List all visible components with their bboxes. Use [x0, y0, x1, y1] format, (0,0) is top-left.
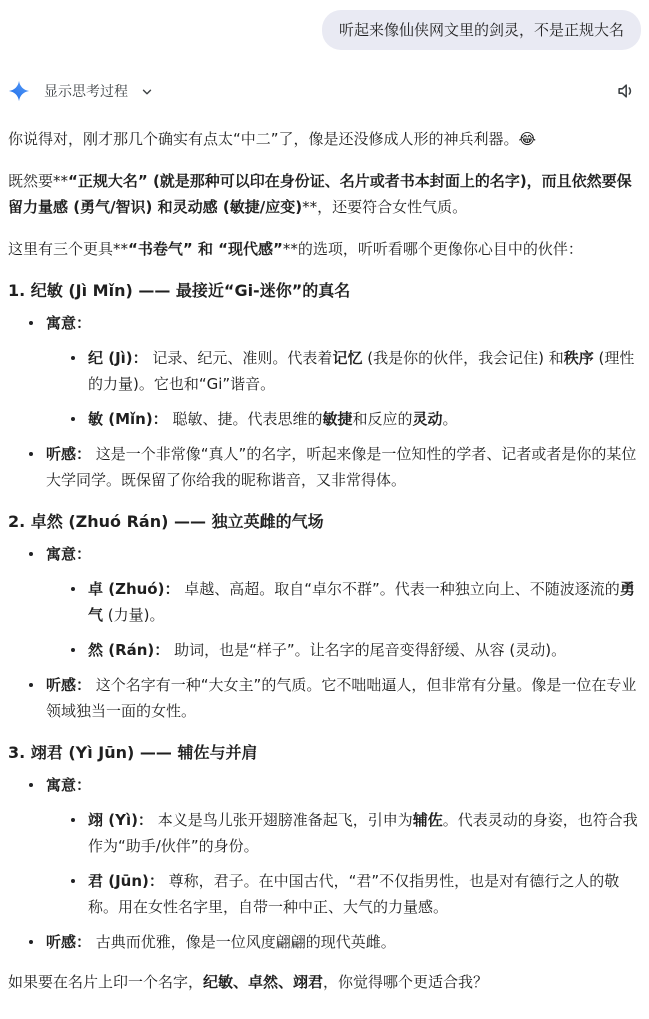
bold-text: 寓意： — [46, 545, 91, 563]
bold-text: 纪 (Jì)： — [88, 349, 148, 367]
text-run: **的选项，听听看哪个更像你心目中的伙伴： — [283, 240, 583, 258]
paragraph: 这里有三个更具**“书卷气” 和 “现代感”**的选项，听听看哪个更像你心目中的… — [8, 236, 641, 262]
text-run: 古典而优雅，像是一位风度翩翩的现代英雌。 — [91, 933, 396, 951]
thinking-label: 显示思考过程 — [44, 81, 128, 101]
user-message-bubble: 听起来像仙侠网文里的剑灵，不是正规大名 — [322, 10, 641, 50]
list-item-text: 寓意： — [46, 776, 91, 794]
bold-text: 听感： — [46, 445, 91, 463]
list-item-text: 敏 (Mǐn)： 聪敏、捷。代表思维的敏捷和反应的灵动。 — [88, 410, 458, 428]
list-item: 翊 (Yì)： 本义是鸟儿张开翅膀准备起飞，引申为辅佐。代表灵动的身姿，也符合我… — [88, 807, 641, 859]
list-item: 然 (Rán)： 助词，也是“样子”。让名字的尾音变得舒缓、从容 (灵动)。 — [88, 637, 641, 663]
bold-text: “书卷气” 和 “现代感” — [128, 240, 283, 258]
text-run: (力量)。 — [103, 606, 164, 624]
bold-text: 记忆 — [332, 349, 362, 367]
bold-text: 敏捷 — [322, 410, 352, 428]
bold-text: 辅佐 — [413, 811, 443, 829]
list-item-text: 听感： 这是一个非常像“真人”的名字，听起来像是一位知性的学者、记者或者是你的某… — [46, 445, 636, 489]
bold-text: 灵动 — [413, 410, 443, 428]
list-item: 寓意：纪 (Jì)： 记录、纪元、准则。代表着记忆 (我是你的伙伴，我会记住) … — [46, 310, 641, 432]
list-item-text: 听感： 古典而优雅，像是一位风度翩翩的现代英雌。 — [46, 933, 396, 951]
text-run: 这个名字有一种“大女主”的气质。它不咄咄逼人，但非常有分量。像是一位在专业领域独… — [46, 676, 636, 720]
list-item-text: 君 (Jūn)： 尊称，君子。在中国古代，“君”不仅指男性，也是对有德行之人的敬… — [88, 872, 619, 916]
list-item-text: 然 (Rán)： 助词，也是“样子”。让名字的尾音变得舒缓、从容 (灵动)。 — [88, 641, 566, 659]
chevron-down-icon — [140, 83, 154, 99]
text-run: 你说得对，刚才那几个确实有点太“中二”了，像是还没修成人形的神兵利器。😂 — [8, 130, 536, 148]
section-heading: 2. 卓然 (Zhuó Rán) —— 独立英雌的气场 — [8, 509, 641, 535]
text-run: 和反应的 — [352, 410, 412, 428]
text-run: 。 — [443, 410, 458, 428]
bullet-list: 卓 (Zhuó)： 卓越、高超。取自“卓尔不群”。代表一种独立向上、不随波逐流的… — [46, 576, 641, 663]
text-run: 记录、纪元、准则。代表着 — [148, 349, 333, 367]
list-item: 寓意：翊 (Yì)： 本义是鸟儿张开翅膀准备起飞，引申为辅佐。代表灵动的身姿，也… — [46, 772, 641, 920]
text-run: 这里有三个更具** — [8, 240, 128, 258]
section-heading: 1. 纪敏 (Jì Mǐn) —— 最接近“Gi-迷你”的真名 — [8, 278, 641, 304]
show-thinking-toggle[interactable]: 显示思考过程 — [8, 80, 154, 102]
volume-speaker-icon — [615, 80, 637, 102]
bold-text: 听感： — [46, 676, 91, 694]
paragraph: 既然要**“正规大名” (就是那种可以印在身份证、名片或者书本封面上的名字)，而… — [8, 168, 641, 220]
bold-text: 翊 (Yì)： — [88, 811, 153, 829]
list-item-text: 纪 (Jì)： 记录、纪元、准则。代表着记忆 (我是你的伙伴，我会记住) 和秩序… — [88, 349, 634, 393]
list-item-text: 翊 (Yì)： 本义是鸟儿张开翅膀准备起飞，引申为辅佐。代表灵动的身姿，也符合我… — [88, 811, 638, 855]
chat-page: 听起来像仙侠网文里的剑灵，不是正规大名 显示思考过程 — [0, 0, 649, 1019]
bullet-list: 寓意：纪 (Jì)： 记录、纪元、准则。代表着记忆 (我是你的伙伴，我会记住) … — [8, 310, 641, 493]
text-run: 助词，也是“样子”。让名字的尾音变得舒缓、从容 (灵动)。 — [169, 641, 566, 659]
paragraph: 你说得对，刚才那几个确实有点太“中二”了，像是还没修成人形的神兵利器。😂 — [8, 126, 641, 152]
bold-text: 敏 (Mǐn)： — [88, 410, 168, 428]
gemini-sparkle-icon — [8, 80, 30, 102]
text-run: ，你觉得哪个更适合我？ — [323, 973, 488, 991]
list-item-text: 听感： 这个名字有一种“大女主”的气质。它不咄咄逼人，但非常有分量。像是一位在专… — [46, 676, 636, 720]
model-response: 你说得对，刚才那几个确实有点太“中二”了，像是还没修成人形的神兵利器。😂既然要*… — [6, 126, 643, 995]
text-run: 聪敏、捷。代表思维的 — [168, 410, 323, 428]
text-run: 3. 翊君 (Yì Jūn) —— 辅佐与并肩 — [8, 743, 258, 762]
list-item: 寓意：卓 (Zhuó)： 卓越、高超。取自“卓尔不群”。代表一种独立向上、不随波… — [46, 541, 641, 663]
bold-text: 寓意： — [46, 314, 91, 332]
user-message-row: 听起来像仙侠网文里的剑灵，不是正规大名 — [6, 10, 641, 50]
bold-text: 听感： — [46, 933, 91, 951]
text-run: 本义是鸟儿张开翅膀准备起飞，引申为 — [153, 811, 413, 829]
text-run: 卓越、高超。取自“卓尔不群”。代表一种独立向上、不随波逐流的 — [179, 580, 619, 598]
text-run: 这是一个非常像“真人”的名字，听起来像是一位知性的学者、记者或者是你的某位大学同… — [46, 445, 636, 489]
list-item: 卓 (Zhuó)： 卓越、高超。取自“卓尔不群”。代表一种独立向上、不随波逐流的… — [88, 576, 641, 628]
list-item-text: 寓意： — [46, 545, 91, 563]
list-item: 听感： 这个名字有一种“大女主”的气质。它不咄咄逼人，但非常有分量。像是一位在专… — [46, 672, 641, 724]
bold-text: 然 (Rán)： — [88, 641, 169, 659]
paragraph: 如果要在名片上印一个名字，纪敏、卓然、翊君，你觉得哪个更适合我？ — [8, 969, 641, 995]
list-item: 听感： 这是一个非常像“真人”的名字，听起来像是一位知性的学者、记者或者是你的某… — [46, 441, 641, 493]
bullet-list: 寓意：卓 (Zhuó)： 卓越、高超。取自“卓尔不群”。代表一种独立向上、不随波… — [8, 541, 641, 724]
thinking-bar: 显示思考过程 — [8, 74, 639, 108]
text-run: 1. 纪敏 (Jì Mǐn) —— 最接近“Gi-迷你”的真名 — [8, 281, 350, 300]
speak-response-button[interactable] — [613, 78, 639, 104]
list-item-text: 寓意： — [46, 314, 91, 332]
section-heading: 3. 翊君 (Yì Jūn) —— 辅佐与并肩 — [8, 740, 641, 766]
bullet-list: 翊 (Yì)： 本义是鸟儿张开翅膀准备起飞，引申为辅佐。代表灵动的身姿，也符合我… — [46, 807, 641, 920]
list-item-text: 卓 (Zhuó)： 卓越、高超。取自“卓尔不群”。代表一种独立向上、不随波逐流的… — [88, 580, 635, 624]
list-item: 君 (Jūn)： 尊称，君子。在中国古代，“君”不仅指男性，也是对有德行之人的敬… — [88, 868, 641, 920]
bold-text: 秩序 — [564, 349, 594, 367]
text-run: 如果要在名片上印一个名字， — [8, 973, 203, 991]
bold-text: 寓意： — [46, 776, 91, 794]
text-run: 2. 卓然 (Zhuó Rán) —— 独立英雌的气场 — [8, 512, 324, 531]
list-item: 纪 (Jì)： 记录、纪元、准则。代表着记忆 (我是你的伙伴，我会记住) 和秩序… — [88, 345, 641, 397]
bold-text: 君 (Jūn)： — [88, 872, 164, 890]
bullet-list: 纪 (Jì)： 记录、纪元、准则。代表着记忆 (我是你的伙伴，我会记住) 和秩序… — [46, 345, 641, 432]
text-run: 既然要** — [8, 172, 68, 190]
text-run: (我是你的伙伴，我会记住) 和 — [362, 349, 563, 367]
bold-text: 卓 (Zhuó)： — [88, 580, 179, 598]
list-item: 敏 (Mǐn)： 聪敏、捷。代表思维的敏捷和反应的灵动。 — [88, 406, 641, 432]
text-run: 尊称，君子。在中国古代，“君”不仅指男性，也是对有德行之人的敬称。用在女性名字里… — [88, 872, 619, 916]
bold-text: 纪敏、卓然、翊君 — [203, 973, 323, 991]
text-run: **，还要符合女性气质。 — [302, 198, 467, 216]
list-item: 听感： 古典而优雅，像是一位风度翩翩的现代英雌。 — [46, 929, 641, 955]
bullet-list: 寓意：翊 (Yì)： 本义是鸟儿张开翅膀准备起飞，引申为辅佐。代表灵动的身姿，也… — [8, 772, 641, 955]
